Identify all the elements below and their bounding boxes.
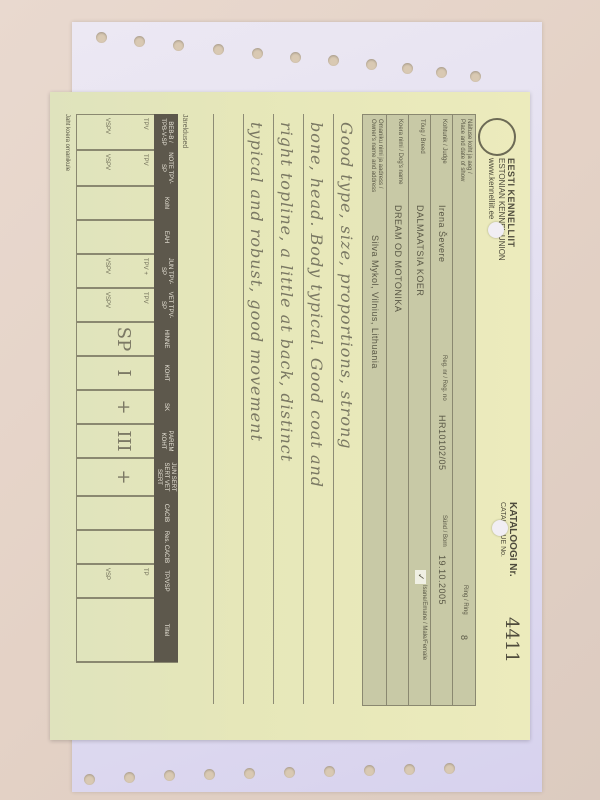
punch-hole-icon [492, 520, 508, 536]
breed-value: DALMAATSIA KOER [415, 205, 425, 296]
organization-block: EESTI KENNELLIIT ESTONIAN KENNEL UNION w… [486, 158, 516, 261]
writing-line [213, 114, 214, 704]
org-website: www.kennelliit.ee [486, 158, 496, 261]
score-col: Kohl [76, 186, 178, 221]
tractor-hole-icon [252, 48, 263, 59]
tractor-hole-icon [164, 770, 175, 781]
judge-name: Irena Ševere [437, 205, 447, 263]
tractor-hole-icon [364, 765, 375, 776]
dog-name: DREAM OD MOTONIKA [393, 205, 403, 312]
tractor-hole-icon [173, 40, 184, 51]
score-col-cacib: CACIB [76, 496, 178, 531]
tractor-hole-icon [204, 769, 215, 780]
score-col: VET TPV-SPTPVVSPV [76, 288, 178, 323]
writing-line [273, 114, 274, 704]
tractor-hole-icon [84, 774, 95, 785]
tractor-hole-icon [213, 44, 224, 55]
score-section-label: Järeldused [181, 114, 188, 148]
score-col-koht: KOHTI [76, 356, 178, 391]
dog-info-band: Näituse koht ja aeg / Place and date of … [362, 114, 476, 706]
punch-hole-icon [488, 222, 504, 238]
score-col-hinne: HINNESP [76, 322, 178, 357]
tractor-hole-icon [284, 767, 295, 778]
tractor-hole-icon [324, 766, 335, 777]
tractor-hole-icon [470, 71, 481, 82]
tractor-hole-icon [444, 763, 455, 774]
catalog-label: KATALOOGI Nr. [507, 502, 518, 577]
critique-line: bone, head. Body typical. Good coat and [307, 122, 326, 488]
kennel-union-logo-icon [478, 118, 516, 156]
tractor-hole-icon [134, 36, 145, 47]
info-row-judge: Kohtunik / Judge Irena Ševere Reg. nr / … [430, 115, 453, 705]
writing-line [333, 114, 334, 704]
info-row-dogname: Koera nimi / Dog's name DREAM OD MOTONIK… [386, 115, 409, 705]
score-col-tp-vsp: TP/VSPTPVSP [76, 564, 178, 599]
tractor-hole-icon [404, 764, 415, 775]
score-table: BEB-B / TPB-V-SPTPVVSPV NOTE TPV-SPTPVVS… [76, 114, 178, 704]
catalog-number: 4411 [501, 617, 522, 663]
tractor-hole-icon [96, 32, 107, 43]
sex-checkbox: ✓ [415, 570, 426, 584]
tractor-hole-icon [402, 63, 413, 74]
score-col: JUN TPV-SPTPV +VSPV [76, 254, 178, 289]
org-name-et: EESTI KENNELLIIT [506, 158, 516, 261]
critique-sheet: EESTI KENNELLIIT ESTONIAN KENNEL UNION w… [50, 92, 530, 740]
score-col-res-cacib: Res. CACIB [76, 530, 178, 565]
ring-value: 8 [459, 635, 469, 641]
tractor-hole-icon [436, 67, 447, 78]
sheet-content: EESTI KENNELLIIT ESTONIAN KENNEL UNION w… [50, 92, 530, 740]
critique-line: right topline, a little at back, distinc… [277, 122, 296, 462]
critique-line: typical and robust, good movement [247, 122, 266, 442]
info-row-show: Näituse koht ja aeg / Place and date of … [452, 115, 475, 705]
tractor-hole-icon [244, 768, 255, 779]
org-name-en: ESTONIAN KENNEL UNION [496, 158, 506, 261]
tractor-hole-icon [290, 52, 301, 63]
writing-line [303, 114, 304, 704]
score-col-sert: JUN SERT SERT VET SERT+ [76, 458, 178, 497]
reg-number: HR10102/05 [437, 415, 447, 471]
footer-note: Jaht koera omanikule [64, 114, 70, 171]
tractor-hole-icon [366, 59, 377, 70]
score-col: NOTE TPV-SPTPVVSPV [76, 150, 178, 187]
info-row-owner: Omaniku nimi ja aadress / Owner's name a… [364, 115, 387, 705]
birth-date: 19.10.2005 [437, 555, 447, 605]
owner-value: Silva Mykol, Vilnius, Lithuania [370, 235, 380, 369]
tractor-hole-icon [328, 55, 339, 66]
score-col-parem-koht: PAREM KOHTIII [76, 424, 178, 459]
score-col: BEB-B / TPB-V-SPTPVVSPV [76, 114, 178, 151]
critique-line: Good type, size, proportions, strong [337, 122, 356, 450]
score-col: EAH [76, 220, 178, 255]
writing-line [243, 114, 244, 704]
tractor-hole-icon [124, 772, 135, 783]
info-row-breed: Tõug / Breed DALMAATSIA KOER Isane/Emane… [408, 115, 431, 705]
score-col-sk: SK+ [76, 390, 178, 425]
score-col-tiitel: Tiitel [76, 598, 178, 663]
